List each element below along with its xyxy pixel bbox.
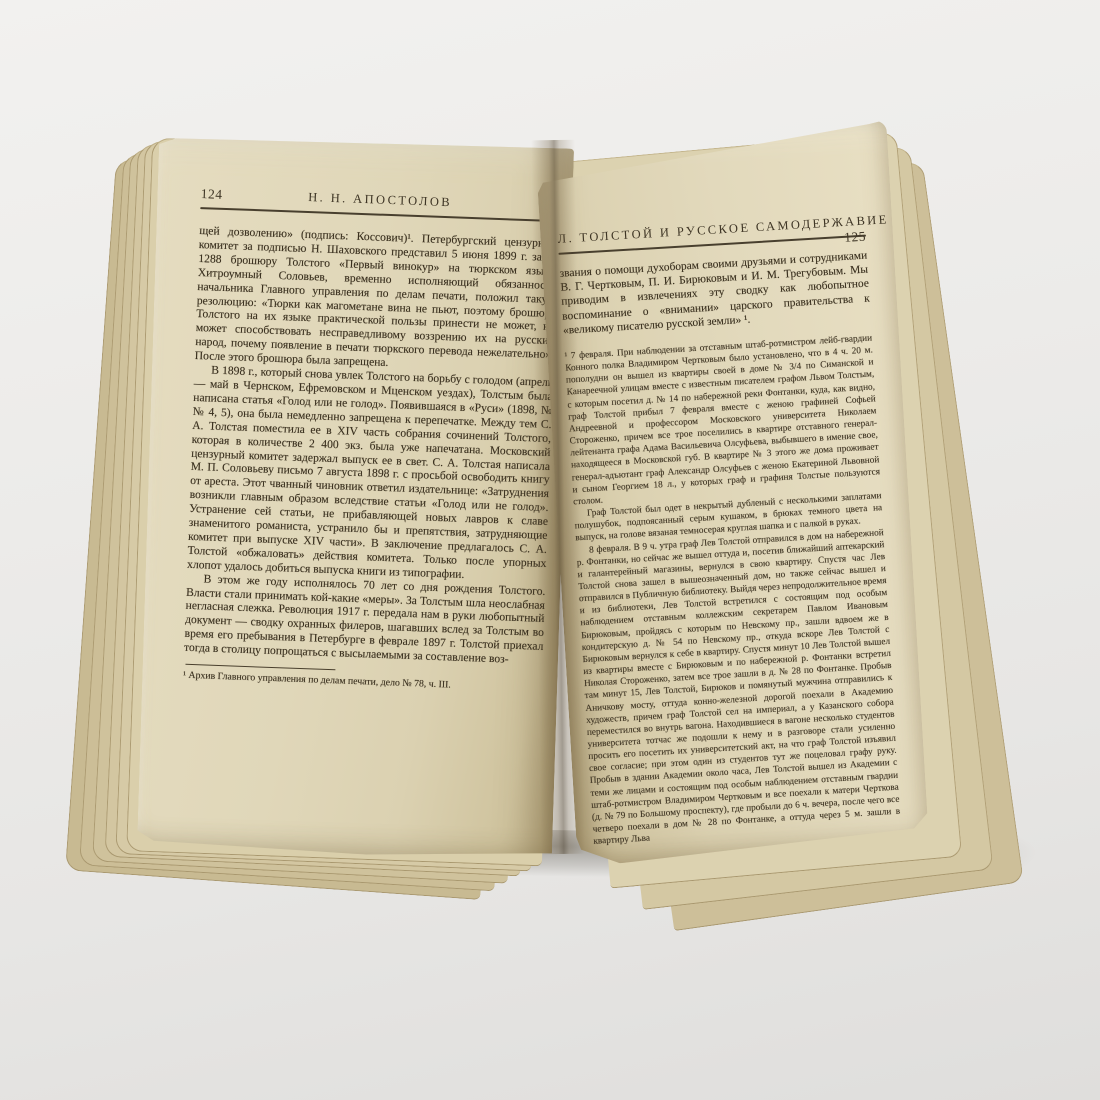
right-page-number: 125 — [844, 229, 867, 246]
photo-background: 124 Н. Н. АПОСТОЛОВ щей дозволению» (под… — [0, 0, 1100, 1100]
body-paragraph: В 1898 г., который снова увлек Толстого … — [187, 363, 553, 585]
left-page-number: 124 — [200, 186, 222, 203]
left-page-header: 124 Н. Н. АПОСТОЛОВ — [200, 186, 559, 217]
footnote: ¹ Архив Главного управления по делам печ… — [183, 670, 542, 695]
body-paragraph: В этом же году исполнялось 70 лет со дня… — [184, 571, 546, 668]
right-page: Л. ТОЛСТОЙ И РУССКОЕ САМОДЕРЖАВИЕ 125 зв… — [535, 120, 929, 866]
surveillance-report-block: ¹ 7 февраля. При наблюдении за отставным… — [564, 332, 901, 848]
body-paragraph: звания о помощи духоборам своими друзьям… — [559, 249, 871, 338]
footnote-rule — [185, 664, 335, 671]
report-paragraph: 8 февраля. В 9 ч. утра граф Лев Толстой … — [576, 527, 901, 849]
report-paragraph: ¹ 7 февраля. При наблюдении за отставным… — [564, 332, 881, 508]
body-paragraph: щей дозволению» (подпись: Коссович)¹. Пе… — [195, 224, 559, 376]
right-running-title: Л. ТОЛСТОЙ И РУССКОЕ САМОДЕРЖАВИЕ — [557, 214, 865, 247]
left-page-text-column: 124 Н. Н. АПОСТОЛОВ щей дозволению» (под… — [183, 186, 560, 695]
left-page: 124 Н. Н. АПОСТОЛОВ щей дозволению» (под… — [137, 136, 574, 861]
